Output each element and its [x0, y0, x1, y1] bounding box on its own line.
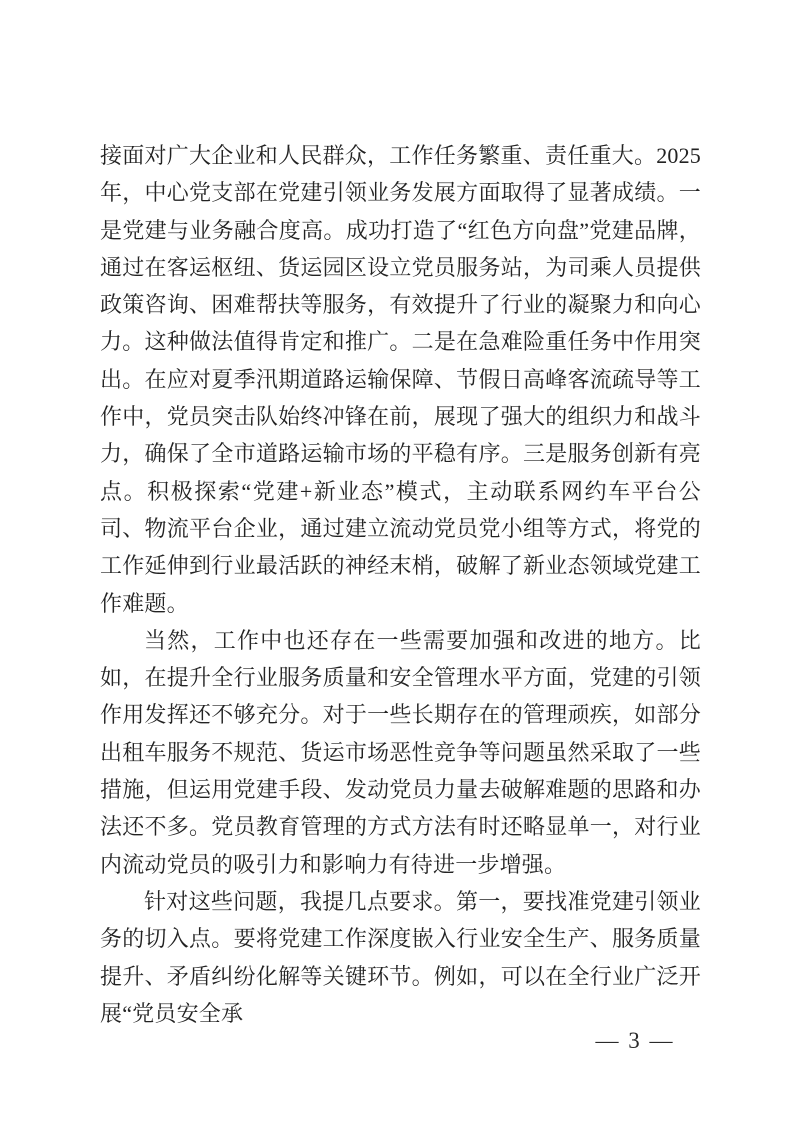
page-number: — 3 — [585, 1028, 685, 1054]
paragraph-achievements: 接面对广大企业和人民群众，工作任务繁重、责任重大。2025 年，中心党支部在党建… [100, 137, 701, 622]
document-page: 接面对广大企业和人民群众，工作任务繁重、责任重大。2025 年，中心党支部在党建… [0, 0, 793, 1122]
document-text-block: 接面对广大企业和人民群众，工作任务繁重、责任重大。2025 年，中心党支部在党建… [100, 137, 701, 1032]
paragraph-requirements: 针对这些问题，我提几点要求。第一，要找准党建引领业务的切入点。要将党建工作深度嵌… [100, 883, 701, 1032]
paragraph-problems: 当然，工作中也还存在一些需要加强和改进的地方。比如，在提升全行业服务质量和安全管… [100, 622, 701, 883]
